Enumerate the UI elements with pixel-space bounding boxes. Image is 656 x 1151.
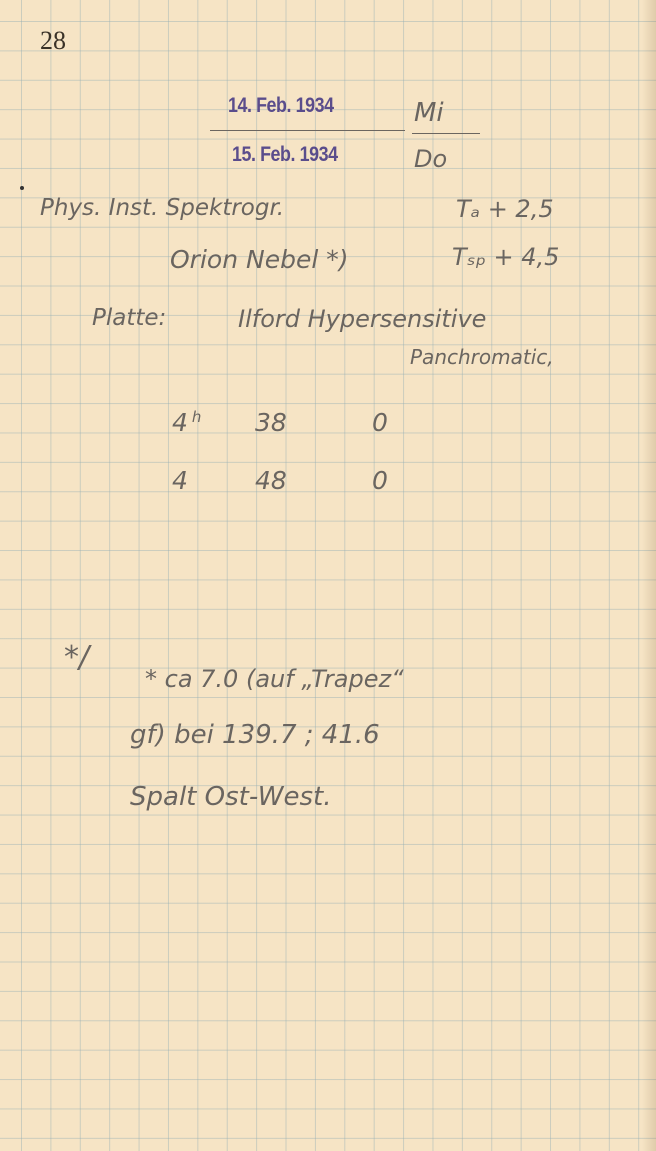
instrument-line: Phys. Inst. Spektrogr.	[40, 195, 284, 221]
exposure-minute: 38	[255, 408, 287, 437]
date-stamp-start: 14. Feb. 1934	[228, 94, 334, 118]
date-stamp-end: 15. Feb. 1934	[232, 143, 338, 167]
plate-note: Panchromatic,	[410, 345, 554, 369]
exposure-minute: 48	[255, 466, 287, 495]
footnote-line-2: gf) bei 139.7 ; 41.6	[130, 720, 380, 750]
page-number: 28	[40, 26, 66, 56]
date-divider-line	[210, 130, 405, 131]
weekday-start: Mi	[414, 98, 444, 128]
weekday-divider-line	[412, 133, 480, 134]
exposure-hour: 4h	[172, 408, 201, 437]
footnote-line-1: * ca 7.0 (auf „Trapez“	[145, 665, 404, 693]
plate-type: Ilford Hypersensitive	[238, 305, 486, 333]
object-line: Orion Nebel *)	[170, 245, 348, 274]
exposure-value: 0	[372, 408, 388, 437]
footnote-mark: */	[64, 640, 89, 675]
plate-label: Platte:	[92, 305, 166, 331]
temperature-1: Tₐ + 2,5	[456, 195, 554, 223]
weekday-end: Do	[414, 145, 447, 173]
footnote-line-3: Spalt Ost-West.	[130, 782, 331, 812]
notebook-page: 28 14. Feb. 1934 15. Feb. 1934 Mi Do Phy…	[0, 0, 656, 1151]
margin-dot	[20, 186, 24, 190]
exposure-value: 0	[372, 466, 388, 495]
temperature-2: Tₛₚ + 4,5	[452, 243, 559, 271]
exposure-hour: 4	[172, 466, 188, 495]
